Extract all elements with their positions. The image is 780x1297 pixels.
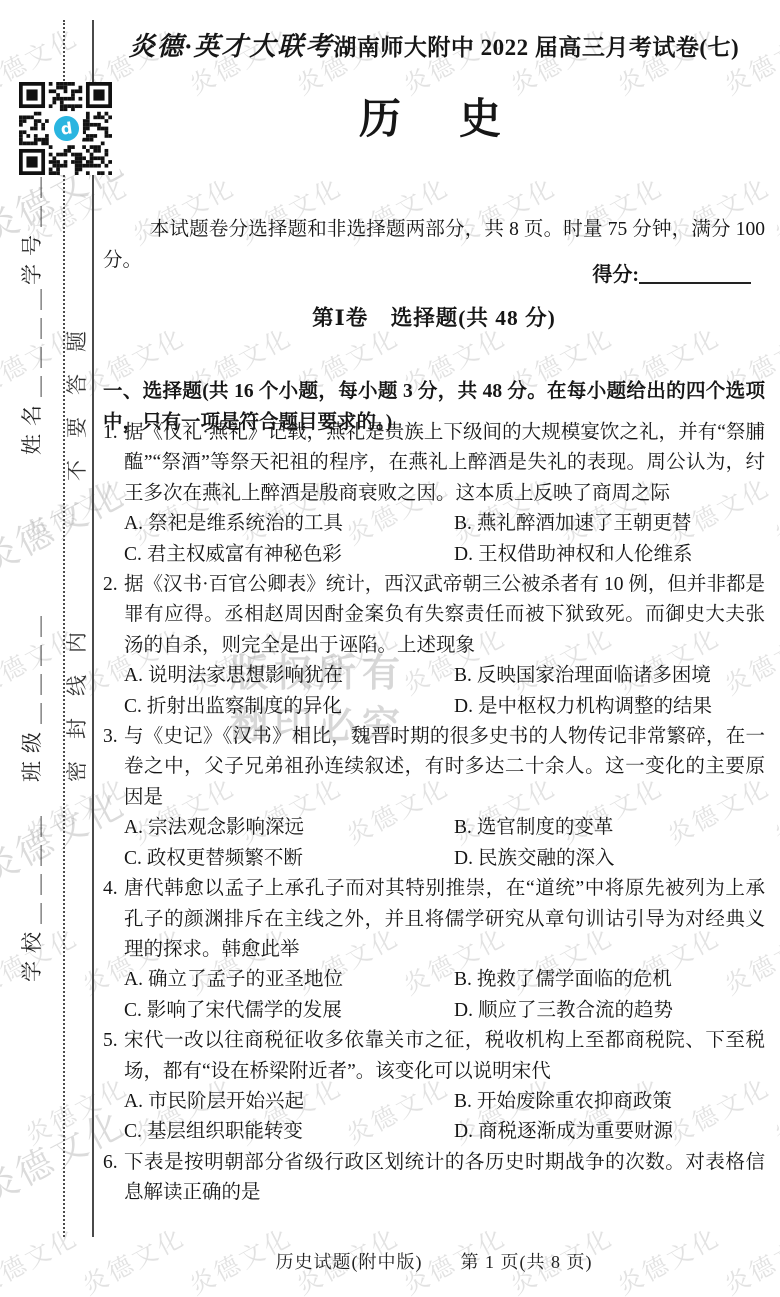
subject-title: 历 史 <box>103 86 765 146</box>
option-label: A. <box>124 969 143 990</box>
watermark-tile: 炎德文化 <box>767 768 780 852</box>
answer-option: D.是中枢权力机构调整的结果 <box>454 692 712 722</box>
qr-logo-d-icon: d <box>52 114 80 142</box>
question-list: 1.据《仪礼·燕礼》记载，燕礼是贵族上下级间的大规模宴饮之礼，并有“祭脯醢”“祭… <box>103 418 765 1209</box>
option-text: 说明法家思想影响犹在 <box>148 665 343 686</box>
option-text: 顺应了三教合流的趋势 <box>478 1000 673 1021</box>
answer-option: C.折射出监察制度的异化 <box>124 692 454 722</box>
answer-option: D.顺应了三教合流的趋势 <box>454 996 673 1026</box>
question-stem: 1.据《仪礼·燕礼》记载，燕礼是贵族上下级间的大规模宴饮之礼，并有“祭脯醢”“祭… <box>103 418 765 509</box>
option-row: C.折射出监察制度的异化D.是中枢权力机构调整的结果 <box>124 692 765 722</box>
answer-option: B.开始废除重农抑商政策 <box>454 1087 672 1117</box>
watermark-tile: 炎德文化 <box>767 468 780 552</box>
option-label: D. <box>454 848 473 869</box>
option-grid: A.宗法观念影响深远B.选官制度的变革C.政权更替频繁不断D.民族交融的深入 <box>103 813 765 874</box>
option-text: 挽救了儒学面临的危机 <box>477 969 672 990</box>
option-label: C. <box>124 1121 142 1142</box>
question-stem: 4.唐代韩愈以孟子上承孔子而对其特别推崇，在“道统”中将原先被列为上承孔子的颜渊… <box>103 874 765 965</box>
answer-option: C.影响了宋代儒学的发展 <box>124 996 454 1026</box>
option-label: A. <box>124 1091 143 1112</box>
answer-option: C.基层组织职能转变 <box>124 1117 454 1147</box>
option-row: C.君主权威富有神秘色彩D.王权借助神权和人伦维系 <box>124 540 765 570</box>
watermark-tile: 炎德文化 <box>767 1068 780 1152</box>
answer-option: B.反映国家治理面临诸多困境 <box>454 661 711 691</box>
option-label: B. <box>454 817 472 838</box>
question-number: 3. <box>103 722 118 752</box>
instruction-lead: 一、选择题 <box>103 381 202 402</box>
answer-option: A.祭祀是维系统治的工具 <box>124 509 454 539</box>
watermark-tile: 炎德文化 <box>767 168 780 252</box>
option-row: A.祭祀是维系统治的工具B.燕礼醉酒加速了王朝更替 <box>124 509 765 539</box>
option-text: 商税逐渐成为重要财源 <box>478 1121 673 1142</box>
field-student-class: 班级＿＿＿＿ <box>20 608 44 782</box>
option-text: 折射出监察制度的异化 <box>147 696 342 717</box>
question: 3.与《史记》《汉书》相比，魏晋时期的很多史书的人物传记非常繁碎，在一卷之中，父… <box>103 722 765 874</box>
option-label: C. <box>124 544 142 565</box>
answer-option: C.君主权威富有神秘色彩 <box>124 540 454 570</box>
option-label: A. <box>124 817 143 838</box>
answer-option: B.选官制度的变革 <box>454 813 613 843</box>
option-label: B. <box>454 1091 472 1112</box>
question-number: 5. <box>103 1026 118 1056</box>
option-row: A.市民阶层开始兴起B.开始废除重农抑商政策 <box>124 1087 765 1117</box>
answer-option: D.民族交融的深入 <box>454 844 614 874</box>
option-label: B. <box>454 969 472 990</box>
option-text: 祭祀是维系统治的工具 <box>148 513 343 534</box>
option-grid: A.祭祀是维系统治的工具B.燕礼醉酒加速了王朝更替C.君主权威富有神秘色彩D.王… <box>103 509 765 570</box>
exam-page: 炎德文化炎德文化炎德文化炎德文化炎德文化炎德文化炎德文化炎德文化炎德文化炎德文化… <box>0 0 780 1297</box>
option-text: 市民阶层开始兴起 <box>148 1091 304 1112</box>
option-label: C. <box>124 1000 142 1021</box>
option-label: D. <box>454 1000 473 1021</box>
option-text: 宗法观念影响深远 <box>148 817 304 838</box>
seal-instruction-text: 密封线内 不要答题 <box>65 309 89 782</box>
question-stem: 5.宋代一改以往商税征收多依靠关市之征，税收机构上至都商税院、下至税场，都有“设… <box>103 1026 765 1087</box>
option-row: C.政权更替频繁不断D.民族交融的深入 <box>124 844 765 874</box>
option-text: 燕礼醉酒加速了王朝更替 <box>477 513 692 534</box>
option-label: C. <box>124 696 142 717</box>
watermark-tile: 炎德文化 <box>0 1218 84 1297</box>
question-number: 6. <box>103 1148 118 1178</box>
option-text: 君主权威富有神秘色彩 <box>147 544 342 565</box>
field-student-school: 学校＿＿＿＿ <box>20 808 44 982</box>
question-stem: 3.与《史记》《汉书》相比，魏晋时期的很多史书的人物传记非常繁碎，在一卷之中，父… <box>103 722 765 813</box>
seal-solid-line <box>92 20 94 1237</box>
answer-option: D.商税逐渐成为重要财源 <box>454 1117 673 1147</box>
option-row: A.说明法家思想影响犹在B.反映国家治理面临诸多困境 <box>124 661 765 691</box>
option-label: C. <box>124 848 142 869</box>
option-text: 王权借助神权和人伦维系 <box>478 544 693 565</box>
option-text: 反映国家治理面临诸多困境 <box>477 665 711 686</box>
option-row: C.影响了宋代儒学的发展D.顺应了三教合流的趋势 <box>124 996 765 1026</box>
option-row: A.宗法观念影响深远B.选官制度的变革 <box>124 813 765 843</box>
exam-brand: 炎德·英才大联考 <box>129 32 334 61</box>
option-grid: A.确立了孟子的亚圣地位B.挽救了儒学面临的危机C.影响了宋代儒学的发展D.顺应… <box>103 965 765 1026</box>
section-title: 第Ⅰ卷 选择题(共 48 分) <box>103 301 765 332</box>
option-text: 确立了孟子的亚圣地位 <box>148 969 343 990</box>
answer-option: C.政权更替频繁不断 <box>124 844 454 874</box>
option-text: 民族交融的深入 <box>478 848 615 869</box>
field-student-name: 姓名＿＿＿＿ <box>20 281 44 455</box>
option-label: A. <box>124 513 143 534</box>
question: 2.据《汉书·百官公卿表》统计，西汉武帝朝三公被杀者有 10 例，但并非都是罪有… <box>103 570 765 722</box>
answer-option: A.宗法观念影响深远 <box>124 813 454 843</box>
option-row: C.基层组织职能转变D.商税逐渐成为重要财源 <box>124 1117 765 1147</box>
answer-option: A.确立了孟子的亚圣地位 <box>124 965 454 995</box>
option-label: B. <box>454 665 472 686</box>
score-blank <box>639 262 751 284</box>
option-grid: A.说明法家思想影响犹在B.反映国家治理面临诸多困境C.折射出监察制度的异化D.… <box>103 661 765 722</box>
qr-logo: d <box>50 112 82 144</box>
question-number: 2. <box>103 570 118 600</box>
option-row: A.确立了孟子的亚圣地位B.挽救了儒学面临的危机 <box>124 965 765 995</box>
qr-code: d <box>19 82 112 175</box>
page-footer: 历史试题(附中版) 第 1 页(共 8 页) <box>103 1248 765 1274</box>
question: 1.据《仪礼·燕礼》记载，燕礼是贵族上下级间的大规模宴饮之礼，并有“祭脯醢”“祭… <box>103 418 765 570</box>
question-number: 1. <box>103 418 118 448</box>
option-text: 政权更替频繁不断 <box>147 848 303 869</box>
answer-option: B.燕礼醉酒加速了王朝更替 <box>454 509 691 539</box>
question-number: 4. <box>103 874 118 904</box>
option-label: D. <box>454 544 473 565</box>
option-text: 基层组织职能转变 <box>147 1121 303 1142</box>
question: 6.下表是按明朝部分省级行政区划统计的各历史时期战争的次数。对表格信息解读正确的… <box>103 1148 765 1209</box>
question: 5.宋代一改以往商税征收多依靠关市之征，税收机构上至都商税院、下至税场，都有“设… <box>103 1026 765 1148</box>
option-text: 选官制度的变革 <box>477 817 614 838</box>
option-text: 是中枢权力机构调整的结果 <box>478 696 712 717</box>
answer-option: D.王权借助神权和人伦维系 <box>454 540 692 570</box>
answer-option: B.挽救了儒学面临的危机 <box>454 965 672 995</box>
score-line: 得分: <box>592 258 751 287</box>
exam-title-rest: 湖南师大附中 2022 届高三月考试卷(七) <box>333 35 739 60</box>
exam-title: 炎德·英才大联考湖南师大附中 2022 届高三月考试卷(七) <box>103 26 765 63</box>
question: 4.唐代韩愈以孟子上承孔子而对其特别推崇，在“道统”中将原先被列为上承孔子的颜渊… <box>103 874 765 1026</box>
option-label: D. <box>454 1121 473 1142</box>
question-stem: 6.下表是按明朝部分省级行政区划统计的各历史时期战争的次数。对表格信息解读正确的… <box>103 1148 765 1209</box>
option-label: D. <box>454 696 473 717</box>
option-grid: A.市民阶层开始兴起B.开始废除重农抑商政策C.基层组织职能转变D.商税逐渐成为… <box>103 1087 765 1148</box>
question-stem: 2.据《汉书·百官公卿表》统计，西汉武帝朝三公被杀者有 10 例，但并非都是罪有… <box>103 570 765 661</box>
answer-option: A.说明法家思想影响犹在 <box>124 661 454 691</box>
option-text: 开始废除重农抑商政策 <box>477 1091 672 1112</box>
option-label: B. <box>454 513 472 534</box>
score-label: 得分: <box>592 264 639 286</box>
option-text: 影响了宋代儒学的发展 <box>147 1000 342 1021</box>
option-label: A. <box>124 665 143 686</box>
answer-option: A.市民阶层开始兴起 <box>124 1087 454 1117</box>
